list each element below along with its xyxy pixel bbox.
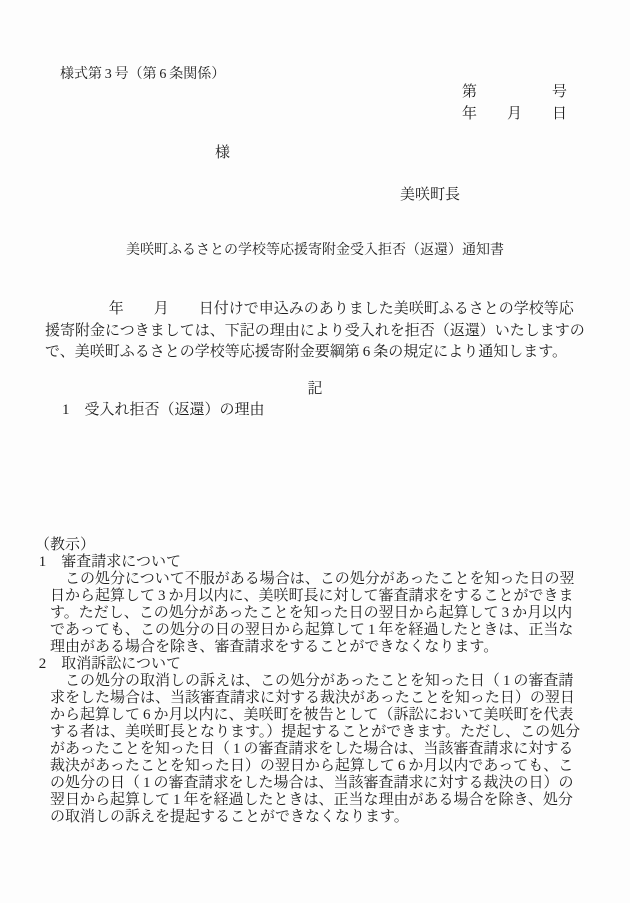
ki-section-marker: 記 <box>0 377 630 398</box>
form-number: 様式第 3 号（第 6 条関係） <box>60 63 225 83</box>
instructions-heading: （教示） <box>35 537 95 554</box>
body-paragraph: 年 月 日付けで申込みのありました美咲町ふるさとの学校等応 援寄附金につきまして… <box>45 299 585 364</box>
document-number-line: 第 号 <box>462 80 567 101</box>
issue-date-line: 年 月 日 <box>462 102 567 123</box>
sender-title: 美咲町長 <box>400 183 460 204</box>
document-title: 美咲町ふるさとの学校等応援寄附金受入拒否（返還）通知書 <box>0 239 630 259</box>
appeal-instructions-text: 1 審査請求について この処分について不服がある場合は、この処分があったことを知… <box>35 554 580 826</box>
refusal-reason-item: 1 受入れ拒否（返還）の理由 <box>62 398 265 419</box>
notice-document-page: 様式第 3 号（第 6 条関係） 第 号 年 月 日 様 美咲町長 美咲町ふるさ… <box>0 0 630 903</box>
addressee-honorific: 様 <box>215 141 230 162</box>
